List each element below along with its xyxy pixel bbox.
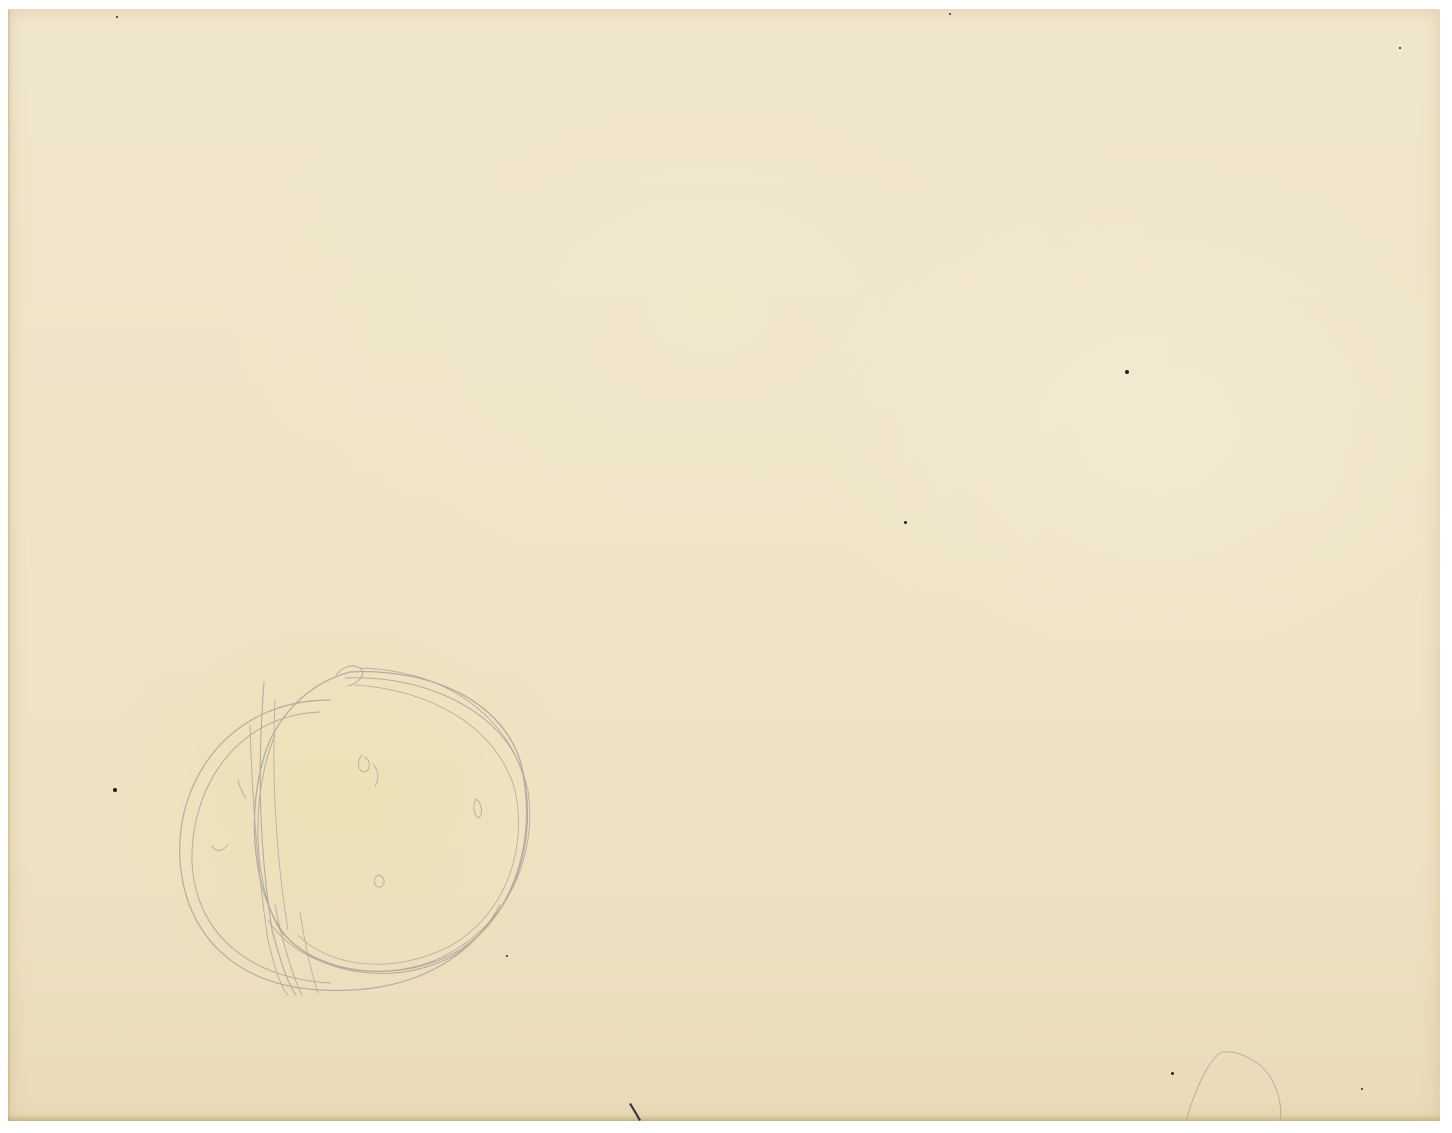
paper-bottom-edge bbox=[8, 1115, 1440, 1121]
paper-speck bbox=[904, 521, 907, 524]
paper-speck bbox=[1171, 1072, 1174, 1075]
aged-paper-sheet bbox=[8, 9, 1440, 1121]
sketch-label: Pencil sketch of overlapping circles bbox=[0, 0, 1, 1]
paper-speck bbox=[113, 788, 117, 792]
paper-left-edge bbox=[8, 9, 11, 1121]
